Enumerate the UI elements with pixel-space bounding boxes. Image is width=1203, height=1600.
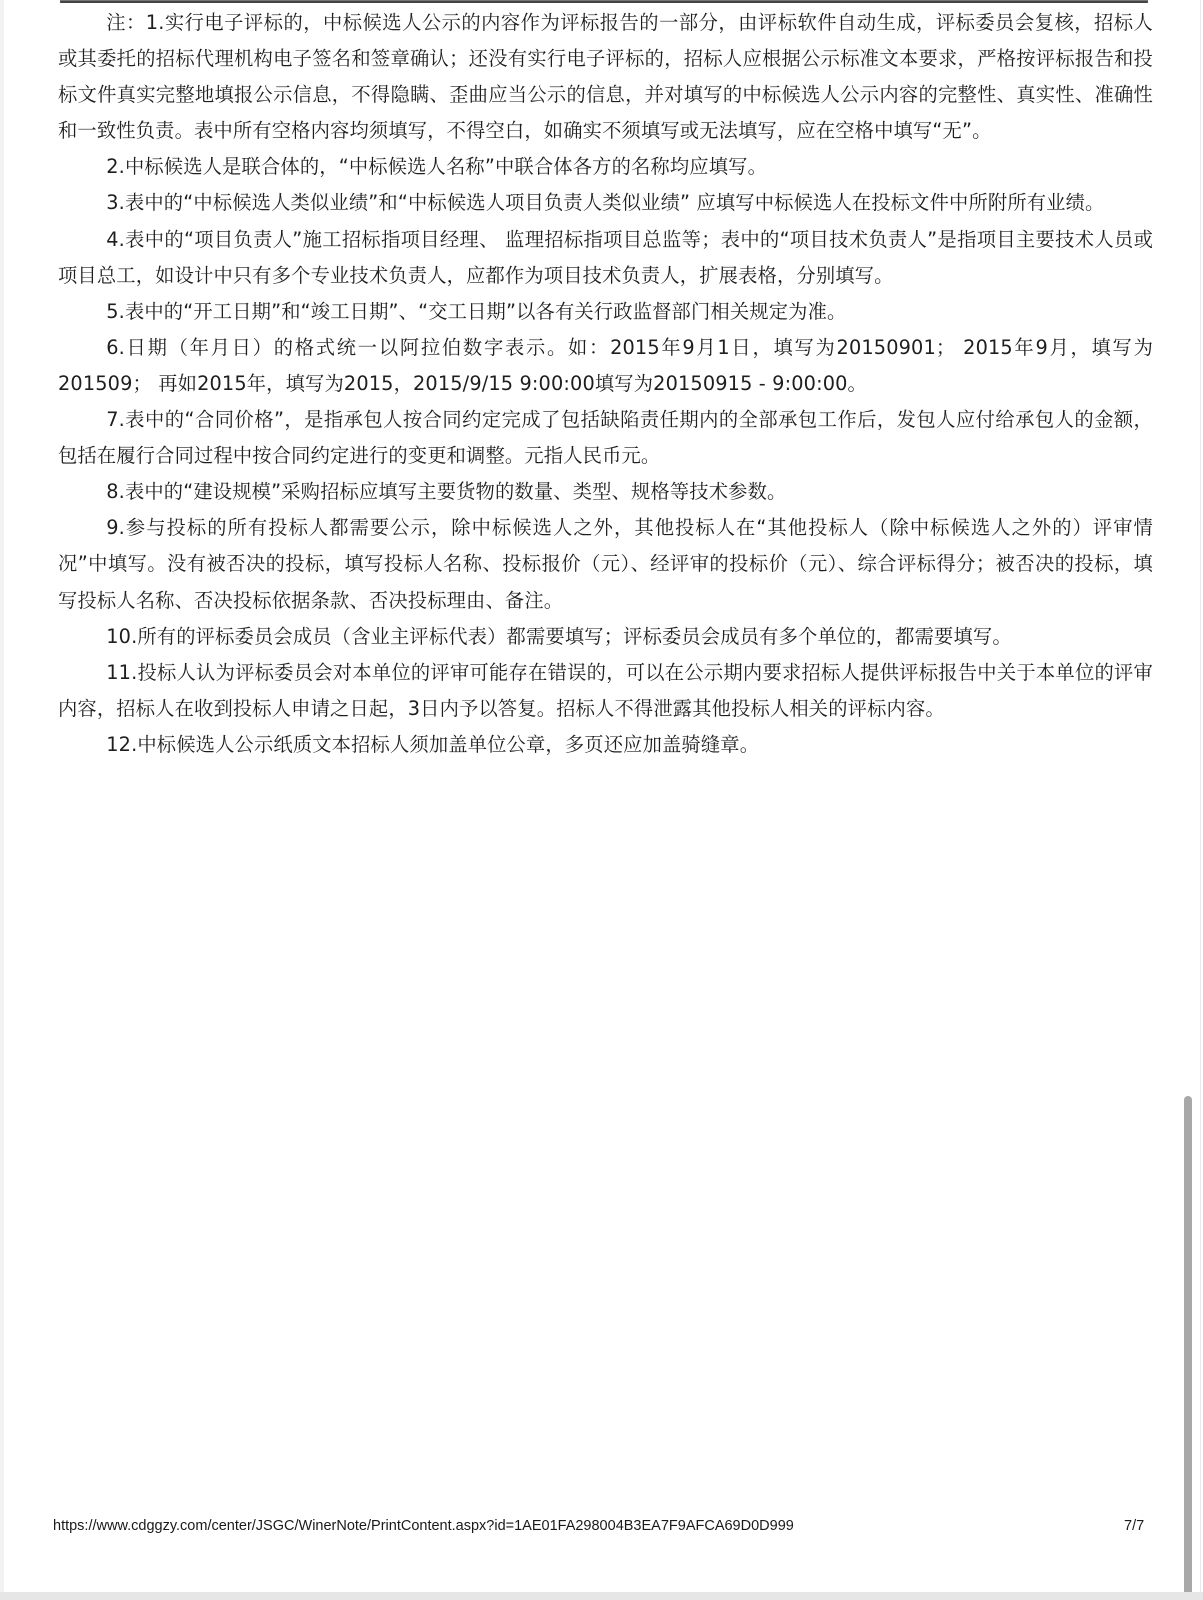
vertical-scrollbar-thumb[interactable] — [1184, 1096, 1192, 1596]
note-6: 6.日期（年月日）的格式统一以阿拉伯数字表示。如：2015年9月1日，填写为20… — [58, 330, 1153, 402]
note-5: 5.表中的“开工日期”和“竣工日期”、“交工日期”以各有关行政监督部门相关规定为… — [58, 294, 1153, 330]
viewer-bottom-edge — [0, 1592, 1203, 1600]
note-7: 7.表中的“合同价格”，是指承包人按合同约定完成了包括缺陷责任期内的全部承包工作… — [58, 402, 1153, 474]
table-bottom-border — [60, 0, 1148, 3]
note-9: 9.参与投标的所有投标人都需要公示，除中标候选人之外，其他投标人在“其他投标人（… — [58, 510, 1153, 618]
document-viewer: 注：1.实行电子评标的，中标候选人公示的内容作为评标报告的一部分，由评标软件自动… — [0, 0, 1203, 1600]
note-4: 4.表中的“项目负责人”施工招标指项目经理、 监理招标指项目总监等；表中的“项目… — [58, 222, 1153, 294]
notes-section: 注：1.实行电子评标的，中标候选人公示的内容作为评标报告的一部分，由评标软件自动… — [58, 5, 1153, 763]
note-3: 3.表中的“中标候选人类似业绩”和“中标候选人项目负责人类似业绩” 应填写中标候… — [58, 185, 1153, 221]
viewer-right-edge — [1200, 0, 1201, 1592]
note-11: 11.投标人认为评标委员会对本单位的评审可能存在错误的，可以在公示期内要求招标人… — [58, 655, 1153, 727]
note-8: 8.表中的“建设规模”采购招标应填写主要货物的数量、类型、规格等技术参数。 — [58, 474, 1153, 510]
footer-url: https://www.cdggzy.com/center/JSGC/Winer… — [53, 1518, 794, 1534]
note-2: 2.中标候选人是联合体的，“中标候选人名称”中联合体各方的名称均应填写。 — [58, 149, 1153, 185]
note-12: 12.中标候选人公示纸质文本招标人须加盖单位公章，多页还应加盖骑缝章。 — [58, 727, 1153, 763]
note-1: 注：1.实行电子评标的，中标候选人公示的内容作为评标报告的一部分，由评标软件自动… — [58, 5, 1153, 149]
note-10: 10.所有的评标委员会成员（含业主评标代表）都需要填写；评标委员会成员有多个单位… — [58, 619, 1153, 655]
page-indicator: 7/7 — [1124, 1518, 1144, 1534]
print-page: 注：1.实行电子评标的，中标候选人公示的内容作为评标报告的一部分，由评标软件自动… — [4, 0, 1184, 1592]
